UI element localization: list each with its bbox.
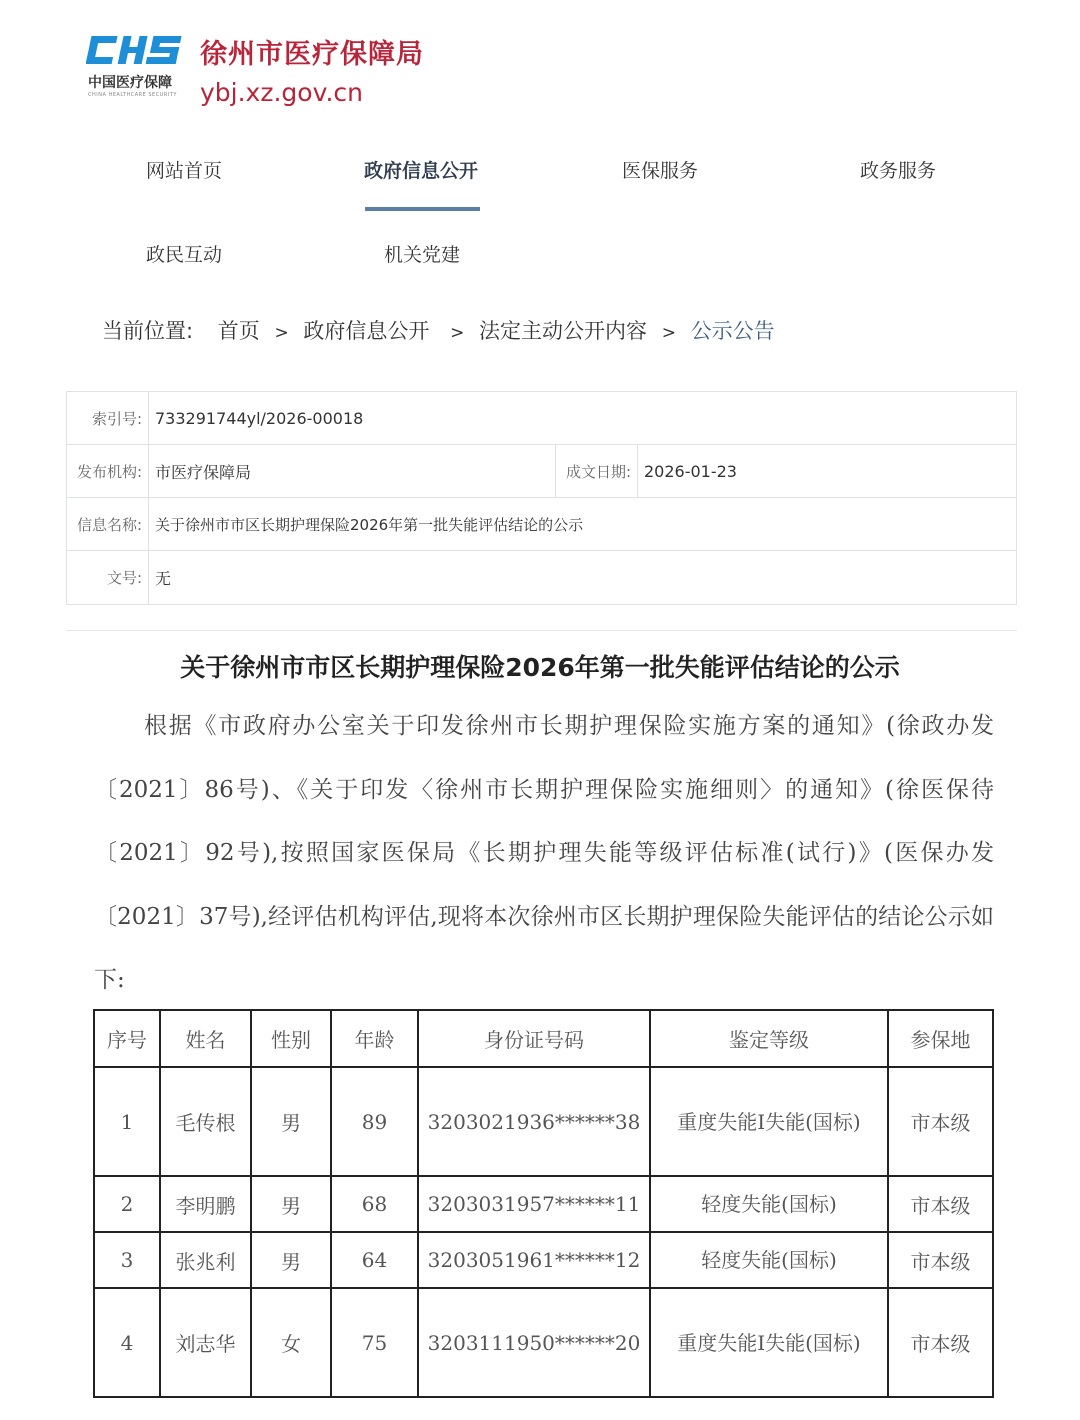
breadcrumb-separator: > xyxy=(274,323,288,343)
chs-logo[interactable]: 中国医疗保障 CHINA HEALTHCARE SECURITY xyxy=(86,30,186,105)
col-header-gender: 性别 xyxy=(251,1010,331,1067)
nav-item-gov-info[interactable]: 政府信息公开 xyxy=(364,156,478,183)
name-label: 信息名称: xyxy=(67,498,149,550)
cell-no: 3 xyxy=(94,1232,160,1288)
date-label: 成文日期: xyxy=(556,445,638,497)
cell-name: 毛传根 xyxy=(160,1067,251,1176)
cell-grade: 轻度失能(国标) xyxy=(650,1176,888,1232)
cell-age: 68 xyxy=(331,1176,418,1232)
info-row-docno: 文号: 无 xyxy=(67,551,1016,604)
cell-id: 3203031957******11 xyxy=(418,1176,650,1232)
col-header-age: 年龄 xyxy=(331,1010,418,1067)
cell-id: 3203051961******12 xyxy=(418,1232,650,1288)
docno-value: 无 xyxy=(149,551,1016,604)
name-value: 关于徐州市市区长期护理保险2026年第一批失能评估结论的公示 xyxy=(149,498,1016,550)
col-header-grade: 鉴定等级 xyxy=(650,1010,888,1067)
cell-no: 4 xyxy=(94,1288,160,1397)
nav-item-gov-services[interactable]: 政务服务 xyxy=(860,156,936,183)
table-header-row: 序号 姓名 性别 年龄 身份证号码 鉴定等级 参保地 xyxy=(94,1010,993,1067)
col-header-place: 参保地 xyxy=(888,1010,993,1067)
cell-place: 市本级 xyxy=(888,1232,993,1288)
nav-item-home[interactable]: 网站首页 xyxy=(146,156,222,183)
table-row: 1 毛传根 男 89 3203021936******38 重度失能Ⅰ失能(国标… xyxy=(94,1067,993,1176)
cell-name: 刘志华 xyxy=(160,1288,251,1397)
logo-chinese-text: 中国医疗保障 xyxy=(88,72,172,92)
cell-place: 市本级 xyxy=(888,1176,993,1232)
cell-place: 市本级 xyxy=(888,1288,993,1397)
col-header-no: 序号 xyxy=(94,1010,160,1067)
site-header: 中国医疗保障 CHINA HEALTHCARE SECURITY 徐州市医疗保障… xyxy=(80,22,500,117)
site-url[interactable]: ybj.xz.gov.cn xyxy=(200,78,363,107)
cell-no: 1 xyxy=(94,1067,160,1176)
logo-english-text: CHINA HEALTHCARE SECURITY xyxy=(88,92,177,98)
article-body: 根据《市政府办公室关于印发徐州市长期护理保险实施方案的通知》(徐政办发〔2021… xyxy=(94,695,994,1013)
col-header-id: 身份证号码 xyxy=(418,1010,650,1067)
cell-gender: 男 xyxy=(251,1067,331,1176)
cell-grade: 重度失能Ⅰ失能(国标) xyxy=(650,1288,888,1397)
nav-item-interaction[interactable]: 政民互动 xyxy=(146,240,222,267)
breadcrumb: 当前位置: 首页 > 政府信息公开 > 法定主动公开内容 > 公示公告 xyxy=(102,315,775,345)
cell-id: 3203021936******38 xyxy=(418,1067,650,1176)
site-title[interactable]: 徐州市医疗保障局 xyxy=(200,32,424,71)
breadcrumb-home[interactable]: 首页 xyxy=(218,315,260,345)
breadcrumb-separator: > xyxy=(450,323,464,343)
publisher-label: 发布机构: xyxy=(67,445,149,497)
cell-name: 李明鹏 xyxy=(160,1176,251,1232)
cell-grade: 轻度失能(国标) xyxy=(650,1232,888,1288)
table-row: 2 李明鹏 男 68 3203031957******11 轻度失能(国标) 市… xyxy=(94,1176,993,1232)
breadcrumb-current[interactable]: 公示公告 xyxy=(691,315,775,345)
nav-active-indicator xyxy=(365,207,480,211)
nav-item-party-building[interactable]: 机关党建 xyxy=(384,240,460,267)
date-value: 2026-01-23 xyxy=(638,445,1016,497)
cell-age: 75 xyxy=(331,1288,418,1397)
chs-logo-icon xyxy=(86,34,184,66)
cell-age: 89 xyxy=(331,1067,418,1176)
cell-grade: 重度失能Ⅰ失能(国标) xyxy=(650,1067,888,1176)
breadcrumb-prefix: 当前位置: xyxy=(102,315,193,345)
table-row: 3 张兆利 男 64 3203051961******12 轻度失能(国标) 市… xyxy=(94,1232,993,1288)
cell-name: 张兆利 xyxy=(160,1232,251,1288)
index-value: 733291744yl/2026-00018 xyxy=(149,392,1016,444)
nav-item-medical-services[interactable]: 医保服务 xyxy=(622,156,698,183)
cell-age: 64 xyxy=(331,1232,418,1288)
breadcrumb-statutory-content[interactable]: 法定主动公开内容 xyxy=(479,315,647,345)
cell-gender: 女 xyxy=(251,1288,331,1397)
info-row-publisher: 发布机构: 市医疗保障局 成文日期: 2026-01-23 xyxy=(67,445,1016,498)
cell-gender: 男 xyxy=(251,1176,331,1232)
cell-gender: 男 xyxy=(251,1232,331,1288)
article-title: 关于徐州市市区长期护理保险2026年第一批失能评估结论的公示 xyxy=(0,648,1080,684)
article-paragraph: 根据《市政府办公室关于印发徐州市长期护理保险实施方案的通知》(徐政办发〔2021… xyxy=(94,695,994,1013)
info-row-name: 信息名称: 关于徐州市市区长期护理保险2026年第一批失能评估结论的公示 xyxy=(67,498,1016,551)
table-row: 4 刘志华 女 75 3203111950******20 重度失能Ⅰ失能(国标… xyxy=(94,1288,993,1397)
publisher-value: 市医疗保障局 xyxy=(149,445,556,497)
info-row-index: 索引号: 733291744yl/2026-00018 xyxy=(67,392,1016,445)
cell-place: 市本级 xyxy=(888,1067,993,1176)
breadcrumb-gov-info[interactable]: 政府信息公开 xyxy=(303,315,429,345)
document-info-table: 索引号: 733291744yl/2026-00018 发布机构: 市医疗保障局… xyxy=(66,391,1017,605)
cell-no: 2 xyxy=(94,1176,160,1232)
index-label: 索引号: xyxy=(67,392,149,444)
section-divider xyxy=(66,630,1017,631)
col-header-name: 姓名 xyxy=(160,1010,251,1067)
cell-id: 3203111950******20 xyxy=(418,1288,650,1397)
assessment-results-table: 序号 姓名 性别 年龄 身份证号码 鉴定等级 参保地 1 毛传根 男 89 32… xyxy=(93,1009,994,1398)
docno-label: 文号: xyxy=(67,551,149,604)
breadcrumb-separator: > xyxy=(662,323,676,343)
